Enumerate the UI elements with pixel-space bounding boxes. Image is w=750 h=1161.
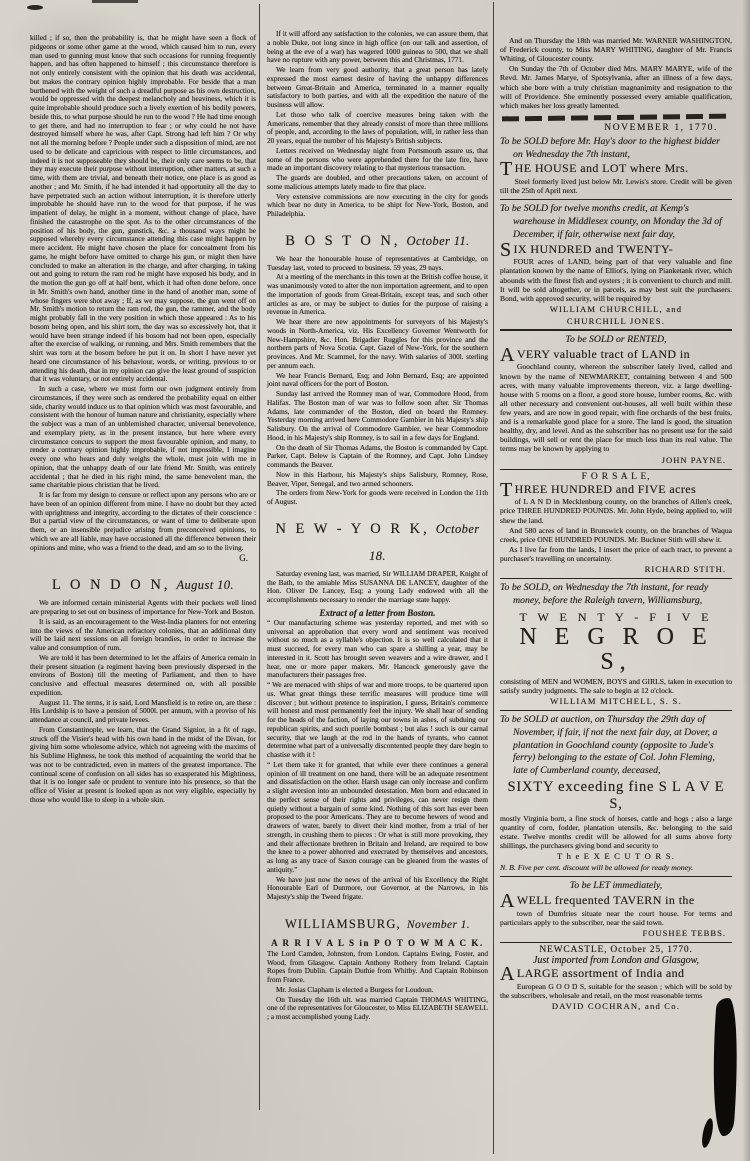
ad-for-sale-body: As I live far from the lands, I insert t… <box>500 545 732 563</box>
boston-news-paragraph: We hear there are new appointments for s… <box>267 318 488 371</box>
middle-column: If it will afford any satisfaction to th… <box>267 0 488 1161</box>
dateline-new-york: N E W - Y O R K, October 18. <box>267 513 488 567</box>
ad-display-text: VERY valuable tract of LAND in <box>517 347 690 361</box>
column-rule-left <box>259 4 260 1110</box>
london-news-paragraph: August 11. The terms, it is said, Lord M… <box>30 699 256 725</box>
london-continued-paragraph: If it will afford any satisfaction to th… <box>267 30 488 65</box>
drop-cap: T <box>500 483 515 498</box>
ad-display-text: IX HUNDRED and TWENTY- <box>514 242 674 256</box>
ad-imported-heading: Just imported from London and Glasgow, <box>500 955 732 966</box>
dateline-williamsburg: WILLIAMSBURG, November 1. <box>267 908 488 935</box>
ad-signature: RICHARD STITH. <box>500 564 732 574</box>
arrivals-subheading: A R R I V A L S in P O T O W M A C K. <box>267 938 488 948</box>
ad-display-text: HREE HUNDRED and FIVE acres <box>515 482 696 496</box>
extract-paragraph: “ Let them take it for granted, that whi… <box>267 761 488 875</box>
ad-land-body: FOUR acres of LAND, being part of that v… <box>500 257 732 303</box>
ad-for-sale-body: And 580 acres of land in Brunswick count… <box>500 526 732 544</box>
london-news-paragraph: From Constantinople, we learn, that the … <box>30 726 256 805</box>
extract-paragraph: “ We are menaced with ships of war and m… <box>267 681 488 760</box>
ad-signature: FOUSHEE TEBBS. <box>500 928 732 938</box>
ad-display-text: WELL frequented TAVERN in the <box>517 893 695 907</box>
ad-house-lot-heading: To be SOLD before Mr. Hay's door to the … <box>500 136 732 161</box>
marye-obituary-paragraph: On Sunday the 7th of October died Mrs. M… <box>500 64 732 110</box>
ink-stain <box>92 0 138 3</box>
smith-judgment-paragraph: In such a case, where we must form our o… <box>30 385 256 490</box>
dateline-date: August 10. <box>176 578 233 592</box>
ad-negroes-display: N E G R O E S, <box>500 625 732 675</box>
extract-letter-heading: Extract of a letter from Boston. <box>267 608 488 618</box>
drop-cap: A <box>500 894 517 909</box>
new-york-news-paragraph: Saturday evening last, was married, Sir … <box>267 570 488 605</box>
dateline-city: WILLIAMSBURG, <box>285 917 401 931</box>
section-divider <box>500 329 732 331</box>
drop-cap: A <box>500 967 517 982</box>
london-news-paragraph: We are told it has been determined to le… <box>30 654 256 698</box>
section-divider <box>500 199 732 200</box>
boston-news-paragraph: At a meeting of the merchants in this to… <box>267 273 488 317</box>
ad-newmarket-body: Goochland county, whereon the subscriber… <box>500 362 732 453</box>
ad-for-sale-heading: F O R S A L E, <box>500 472 732 482</box>
ad-signature: DAVID COCHRAN, and Co. <box>500 1001 732 1011</box>
dateline-date: November 1. <box>407 919 470 931</box>
smith-closing-paragraph: It is far from my design to censure or r… <box>30 491 256 552</box>
ink-stain <box>27 5 43 10</box>
extract-paragraph: “ Our manufacturing scheme was yesterday… <box>267 619 488 680</box>
london-continued-paragraph: The guards are doubled, and other precau… <box>267 174 488 192</box>
boston-news-paragraph: The orders from New-York for goods were … <box>267 489 488 507</box>
left-column: killed ; if so, then the probability is,… <box>30 0 256 1161</box>
ad-signature: WILLIAM CHURCHILL, and <box>500 304 732 314</box>
dateline-boston: B O S T O N, October 11. <box>267 225 488 252</box>
boston-news-paragraph: We hear Francis Bernard, Esq; and John B… <box>267 372 488 390</box>
dateline-london: L O N D O N, August 10. <box>30 569 256 596</box>
ad-signature: WILLIAM MITCHELL, S. S. <box>500 696 732 706</box>
ad-display-text: LARGE assortment of India and <box>517 966 685 980</box>
ad-for-sale-body: of L A N D in Mecklenburg county, on the… <box>500 497 732 524</box>
dateline-city: L O N D O N, <box>52 577 170 593</box>
ad-signature: T h e E X E C U T O R S. <box>500 851 732 861</box>
ad-land-credit-heading: To be SOLD for twelve months credit, at … <box>500 203 732 241</box>
ad-twenty-five-display: T W E N T Y - F I V E <box>500 610 732 625</box>
section-divider <box>500 710 732 711</box>
ad-for-sale-display: THREE HUNDRED and FIVE acres <box>500 483 732 497</box>
section-divider <box>500 876 732 877</box>
advert-date-line: NOVEMBER 1, 1770. <box>500 123 718 133</box>
right-column: And on Thursday the 18th was married Mr.… <box>500 0 732 1161</box>
ad-slaves-display: SIXTY exceeding fine S L A V E S, <box>500 779 732 813</box>
ad-tavern-heading: To be LET immediately, <box>500 880 732 893</box>
ad-tavern-body: town of Dumfries situate near the court … <box>500 909 732 927</box>
ad-raleigh-body: consisting of MEN and WOMEN, BOYS and GI… <box>500 677 732 695</box>
page-edge-shadow <box>742 0 750 1161</box>
dateline-city: N E W - Y O R K, <box>275 521 429 537</box>
section-divider <box>500 942 732 943</box>
ornamental-divider <box>502 113 730 121</box>
section-divider <box>500 578 732 579</box>
ad-newcastle-dateline: NEWCASTLE, October 25, 1770. <box>500 945 732 955</box>
ad-newmarket-heading: To be SOLD or RENTED, <box>500 334 732 347</box>
section-divider <box>500 469 732 470</box>
ad-dover-body: mostly Virginia born, a fine stock of ho… <box>500 814 732 850</box>
london-continued-paragraph: Very extensive commissions are now execu… <box>267 193 488 219</box>
ad-signature: JOHN PAYNE. <box>500 455 732 465</box>
london-news-paragraph: It is said, as an encouragement to the W… <box>30 618 256 653</box>
letter-signature: G. <box>30 553 256 563</box>
ad-nota-bene: N. B. Five per cent. discount will be al… <box>500 863 732 872</box>
ad-raleigh-heading: To be SOLD, on Wednesday the 7th instant… <box>500 582 732 607</box>
ad-dover-heading: To be SOLD at auction, on Thursday the 2… <box>500 714 732 778</box>
ad-newmarket-display: AVERY valuable tract of LAND in <box>500 348 732 362</box>
boston-news-paragraph: Sunday last arrived the Romney man of wa… <box>267 390 488 443</box>
ad-display-text: HE HOUSE and LOT where Mrs. <box>515 161 689 175</box>
arrivals-paragraph: The Lord Camden, Johnston, from London. … <box>267 950 488 985</box>
boston-news-paragraph: Now in this Harbour, his Majesty's ships… <box>267 471 488 489</box>
whiting-marriage-paragraph: On Tuesday the 16th ult. was married Cap… <box>267 996 488 1022</box>
ad-house-lot-body: Steel formerly lived just below Mr. Lewi… <box>500 177 732 195</box>
ad-goods-body: European G O O D S, suitable for the sea… <box>500 982 732 1000</box>
ad-house-lot-display: THE HOUSE and LOT where Mrs. <box>500 162 732 176</box>
newspaper-page: killed ; if so, then the probability is,… <box>0 0 750 1161</box>
london-continued-paragraph: Letters received on Wednesday night from… <box>267 147 488 173</box>
ad-signature: CHURCHILL JONES. <box>500 316 732 326</box>
dateline-date: October 11. <box>407 234 470 248</box>
column-rule-right <box>493 2 494 1154</box>
smith-death-paragraph: killed ; if so, then the probability is,… <box>30 34 256 384</box>
boston-news-paragraph: On the death of Sir Thomas Adams, the Bo… <box>267 444 488 470</box>
drop-cap: T <box>500 162 515 177</box>
boston-news-paragraph: We hear the honourable house of represen… <box>267 255 488 273</box>
london-news-paragraph: We are informed certain ministerial Agen… <box>30 599 256 617</box>
ad-tavern-display: AWELL frequented TAVERN in the <box>500 894 732 908</box>
drop-cap: S <box>500 243 514 258</box>
washington-marriage-paragraph: And on Thursday the 18th was married Mr.… <box>500 36 732 63</box>
ad-goods-display: ALARGE assortment of India and <box>500 967 732 981</box>
dunmore-arrival-paragraph: We have just now the news of the arrival… <box>267 876 488 902</box>
ad-land-display: SIX HUNDRED and TWENTY- <box>500 243 732 257</box>
london-continued-paragraph: Let those who talk of coercive measures … <box>267 111 488 146</box>
burgess-paragraph: Mr. Josias Clapham is elected a Burgess … <box>267 986 488 995</box>
london-continued-paragraph: We learn from very good authority, that … <box>267 66 488 110</box>
dateline-city: B O S T O N, <box>285 233 400 249</box>
drop-cap: A <box>500 348 517 363</box>
